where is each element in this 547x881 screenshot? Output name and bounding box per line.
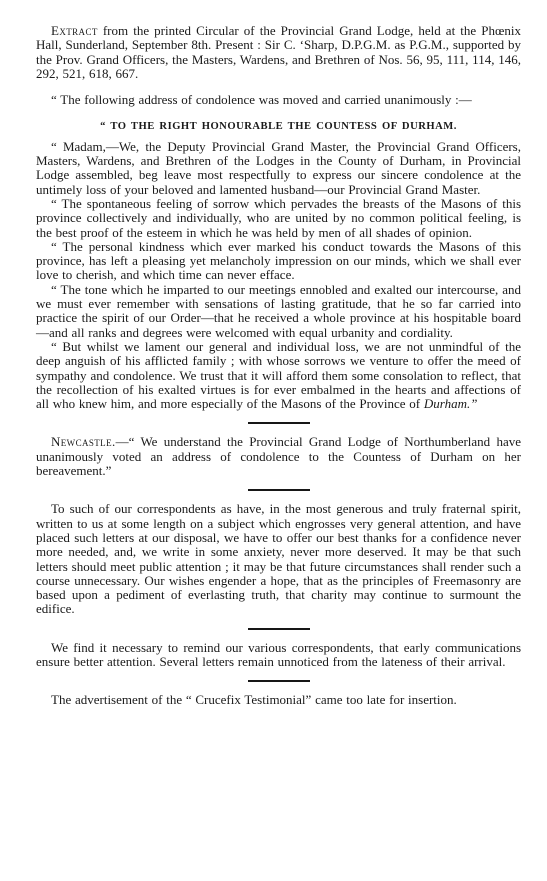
closing-italic-word: Durham.”: [424, 396, 478, 411]
paragraph-correspondents: To such of our correspondents as have, i…: [36, 502, 521, 616]
newcastle-lead-word: Newcastle.: [51, 434, 116, 449]
paragraph-advertisement: The advertisement of the “ Crucefix Test…: [36, 693, 521, 707]
paragraph-reminder: We find it necessary to remind our vario…: [36, 641, 521, 670]
scanned-document-page: Extract from the printed Circular of the…: [0, 0, 547, 881]
extract-lead-word: Extract: [51, 23, 98, 38]
paragraph-extract: Extract from the printed Circular of the…: [36, 24, 521, 81]
address-paragraph-madam: “ Madam,—We, the Deputy Provincial Grand…: [36, 140, 521, 197]
section-divider-rule: [248, 628, 310, 630]
section-divider-rule: [248, 680, 310, 682]
address-paragraph-closing: “ But whilst we lament our general and i…: [36, 340, 521, 411]
address-paragraph-personal-kindness: “ The personal kindness which ever marke…: [36, 240, 521, 283]
address-heading: “ TO THE RIGHT HONOURABLE THE COUNTESS O…: [36, 120, 521, 134]
paragraph-newcastle: Newcastle.—“ We understand the Provincia…: [36, 435, 521, 478]
section-divider-rule: [248, 489, 310, 491]
section-divider-rule: [248, 422, 310, 424]
extract-body-text: from the printed Circular of the Provinc…: [36, 23, 521, 81]
printed-text-block: Extract from the printed Circular of the…: [0, 0, 547, 881]
paragraph-announcement: “ The following address of condolence wa…: [36, 93, 521, 107]
address-paragraph-spontaneous-feeling: “ The spontaneous feeling of sorrow whic…: [36, 197, 521, 240]
address-paragraph-tone-imparted: “ The tone which he imparted to our meet…: [36, 283, 521, 340]
